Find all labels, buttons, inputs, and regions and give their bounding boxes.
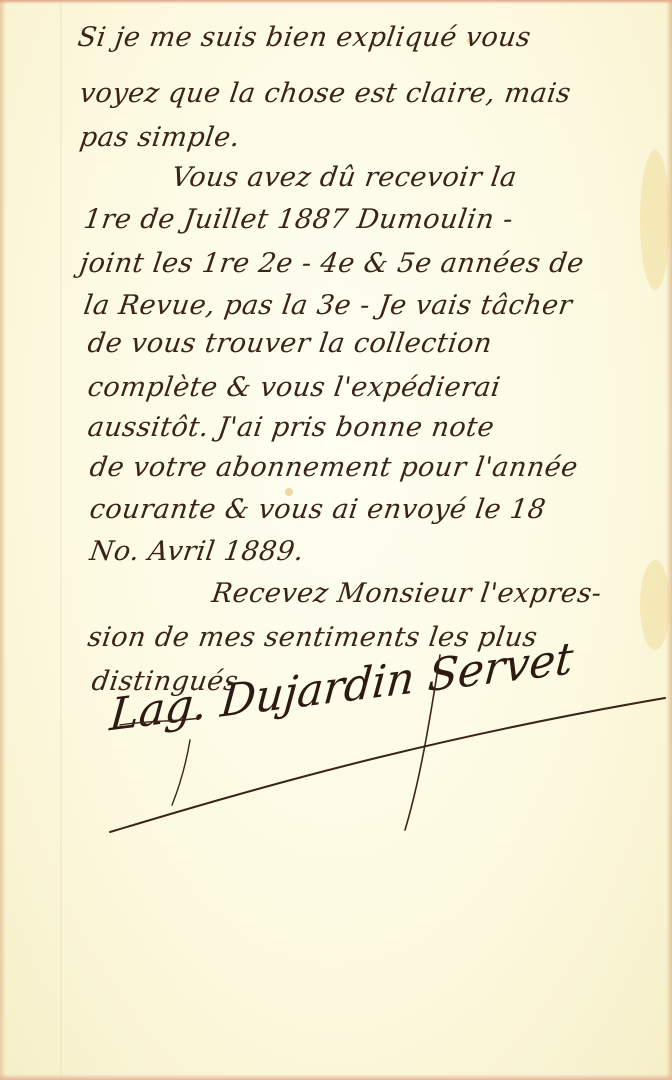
signature-flourish [0, 0, 672, 1080]
